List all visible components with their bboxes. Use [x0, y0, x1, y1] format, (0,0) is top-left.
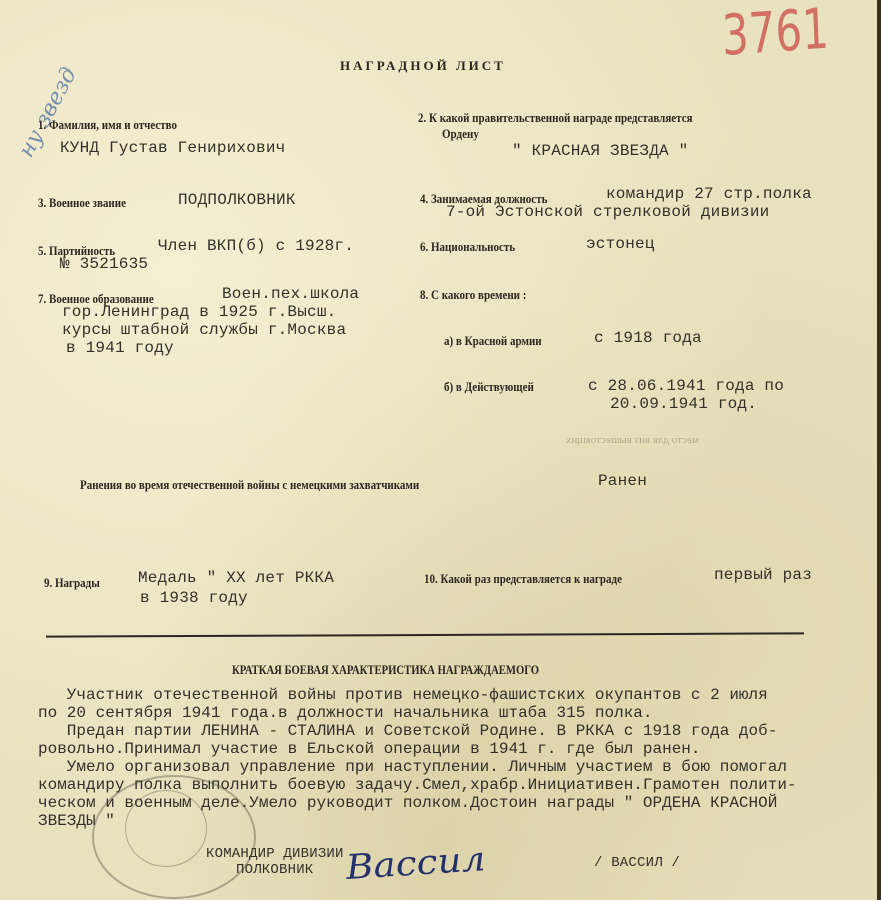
party-membership: Член ВКП(б) с 1928г.: [158, 238, 354, 255]
field-label-text: Национальность: [431, 240, 515, 254]
nationality: эстонец: [586, 236, 655, 253]
field-number: 3.: [38, 196, 46, 210]
field-label-text: Какой раз представляется к награде: [441, 572, 622, 586]
wounds-value: Ранен: [598, 473, 647, 490]
handwritten-signature: Вассил: [344, 839, 486, 888]
full-name: КУНД Густав Генирихович: [60, 140, 285, 157]
field-label-text: Военное звание: [49, 196, 126, 210]
active-army-line-1: с 28.06.1941 года по: [588, 378, 784, 395]
military-rank: ПОДПОЛКОВНИК: [178, 192, 296, 209]
times-nominated: первый раз: [714, 567, 812, 584]
text-line: Умело организовал управление при наступл…: [38, 758, 797, 776]
field-2-label: 2. К какой правительственной награде пре…: [418, 111, 693, 126]
education-line-4: в 1941 году: [66, 340, 174, 357]
field-9-label: 9. Награды: [44, 576, 100, 591]
education-line-2: гор.Ленинград в 1925 г.Высш.: [62, 304, 336, 321]
active-army-line-2: 20.09.1941 год.: [610, 396, 757, 413]
characteristic-heading: КРАТКАЯ БОЕВАЯ ХАРАКТЕРИСТИКА НАГРАЖДАЕМ…: [232, 662, 539, 678]
wounds-label: Ранения во время отечественной войны с н…: [80, 478, 419, 493]
field-number: 10.: [424, 572, 438, 586]
text-line: ческом и военным деле.Умело руководит по…: [38, 794, 797, 812]
awards-line-2: в 1938 году: [140, 590, 248, 607]
bleed-through-text: место для виз вышестоящих: [566, 434, 699, 446]
education-line-1: Воен.пех.школа: [222, 286, 359, 303]
field-label-text: С какого времени :: [431, 288, 526, 302]
red-army-since: с 1918 года: [594, 330, 702, 347]
party-card-number: № 3521635: [60, 256, 148, 273]
field-3-label: 3. Военное звание: [38, 196, 126, 211]
signer-rank: ПОЛКОВНИК: [236, 862, 313, 879]
field-label-text: К какой правительственной награде предст…: [429, 111, 693, 125]
field-6-label: 6. Национальность: [420, 240, 515, 255]
section-divider: [46, 632, 804, 637]
text-line: по 20 сентября 1941 года.в должности нач…: [38, 704, 797, 722]
field-number: 4.: [420, 192, 428, 206]
field-label-text: Награды: [55, 576, 100, 590]
award-name: " КРАСНАЯ ЗВЕЗДА ": [512, 143, 688, 160]
text-line: ровольно.Принимал участие в Ельской опер…: [38, 740, 797, 758]
document-title: НАГРАДНОЙ ЛИСТ: [340, 58, 506, 74]
position-line-2: 7-ой Эстонской стрелковой дивизии: [446, 204, 769, 221]
awards-line-1: Медаль " XX лет РККА: [138, 570, 334, 587]
field-10-label: 10. Какой раз представляется к награде: [424, 572, 622, 587]
field-number: 9.: [44, 576, 52, 590]
archive-number: 3761: [721, 0, 830, 69]
signer-position: КОМАНДИР ДИВИЗИИ: [206, 846, 344, 863]
field-number: 1.: [38, 118, 46, 132]
field-8b-label: б) в Действующей: [444, 380, 534, 395]
field-1-label: 1. Фамилия, имя и отчество: [38, 118, 177, 133]
text-line: Предан партии ЛЕНИНА - СТАЛИНА и Советск…: [38, 722, 797, 740]
field-number: 5.: [38, 244, 46, 258]
education-line-3: курсы штабной службы г.Москва: [62, 322, 346, 339]
field-8-label: 8. С какого времени :: [420, 288, 526, 303]
field-8a-label: а) в Красной армии: [444, 334, 542, 349]
text-line: ЗВЕЗДЫ ": [38, 812, 797, 830]
page-edge: [877, 0, 881, 900]
text-line: командиру полка выполнить боевую задачу.…: [38, 776, 797, 794]
field-number: 7.: [38, 292, 46, 306]
field-number: 8.: [420, 288, 428, 302]
field-2-label-order: Ордену: [442, 127, 479, 142]
characteristic-text: Участник отечественной войны против неме…: [38, 686, 797, 830]
position-line-1: командир 27 стр.полка: [606, 186, 812, 203]
signer-name: / ВАССИЛ /: [594, 855, 680, 872]
field-label-text: Фамилия, имя и отчество: [49, 118, 177, 132]
field-number: 2.: [418, 111, 426, 125]
field-number: 6.: [420, 240, 428, 254]
text-line: Участник отечественной войны против неме…: [38, 686, 797, 704]
